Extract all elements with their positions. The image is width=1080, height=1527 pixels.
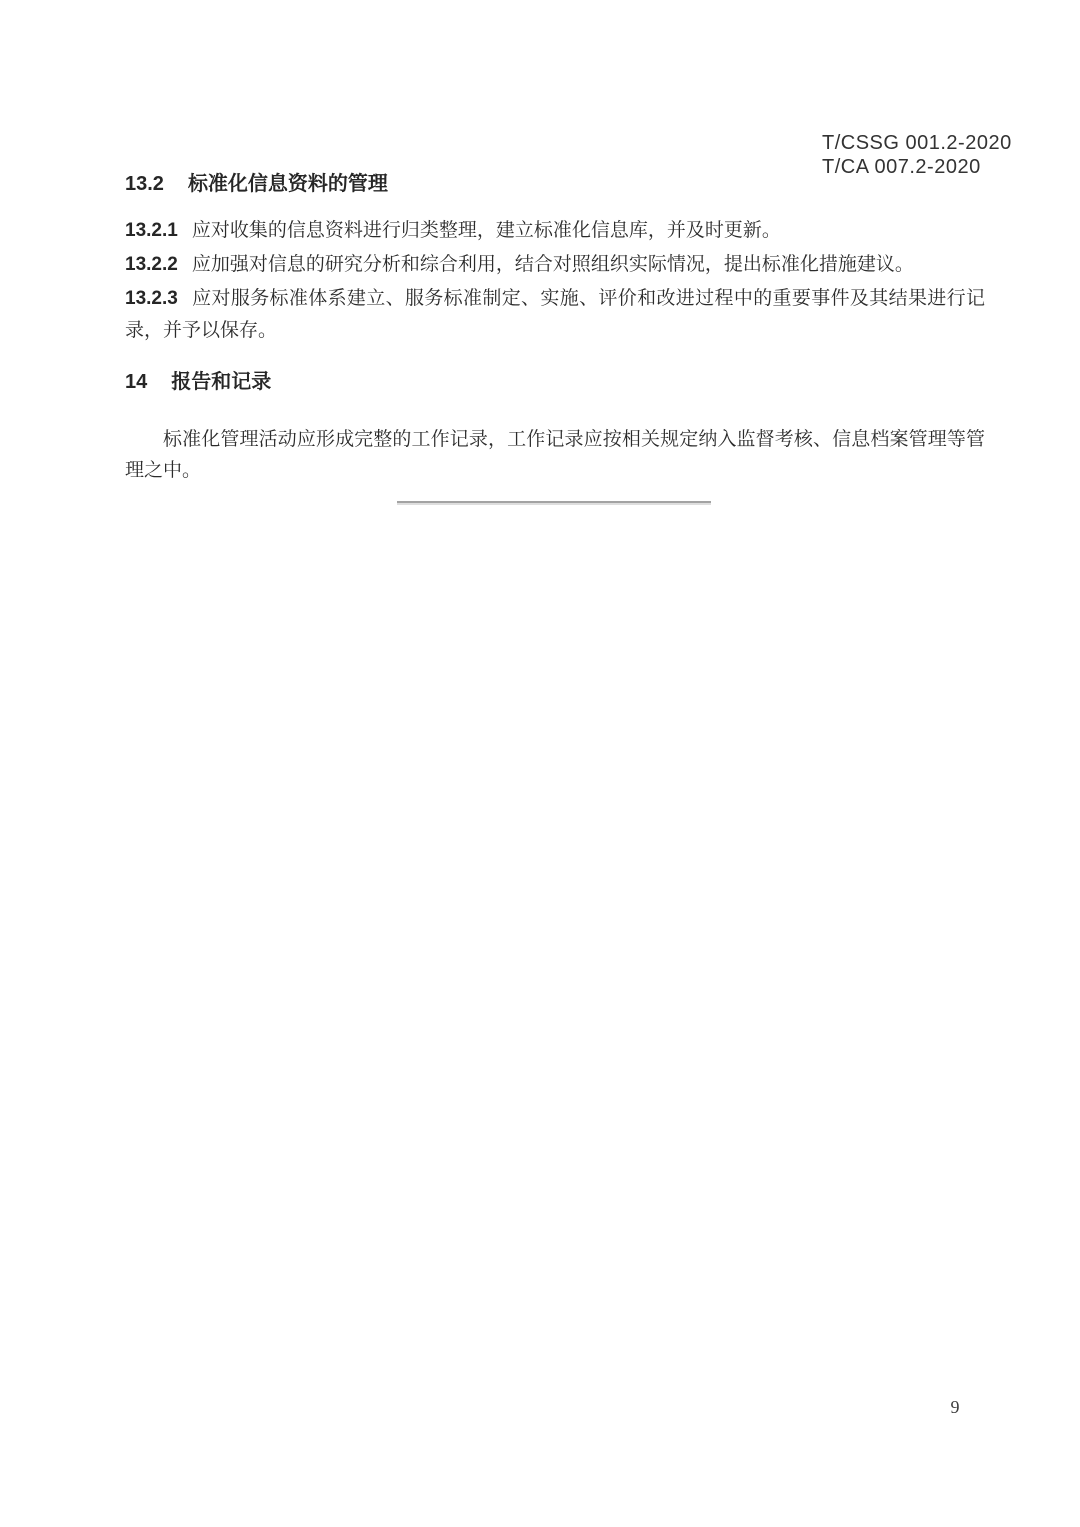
clause-13-2-1-number: 13.2.1 [125,220,178,241]
section-13-2-number: 13.2 [125,173,164,195]
section-14-number: 14 [125,371,147,393]
clause-13-2-2-text: 应加强对信息的研究分析和综合利用，结合对照组织实际情况，提出标准化措施建议。 [192,254,914,275]
section-13-2-title: 标准化信息资料的管理 [188,173,388,195]
clause-13-2-3-text: 应对服务标准体系建立、服务标准制定、实施、评价和改进过程中的重要事件及其结果进行… [125,288,985,341]
section-14-paragraph: 标准化管理活动应形成完整的工作记录，工作记录应按相关规定纳入监督考核、信息档案管… [125,424,985,486]
standard-code-line2: T/CA 007.2-2020 [822,155,1012,179]
section-14-title: 报告和记录 [171,371,271,393]
clause-13-2-1-text: 应对收集的信息资料进行归类整理，建立标准化信息库，并及时更新。 [192,220,781,241]
clause-13-2-2-number: 13.2.2 [125,254,178,275]
standard-code-line1: T/CSSG 001.2-2020 [822,131,1012,155]
document-page: T/CSSG 001.2-2020 T/CA 007.2-2020 13.2标准… [0,0,1080,1527]
section-13-2-heading: 13.2标准化信息资料的管理 [125,173,388,195]
header-standard-codes: T/CSSG 001.2-2020 T/CA 007.2-2020 [822,131,1012,179]
end-of-text-divider [397,501,711,503]
page-number: 9 [935,1396,975,1418]
clause-13-2-2: 13.2.2应加强对信息的研究分析和综合利用，结合对照组织实际情况，提出标准化措… [125,249,985,281]
section-14-heading: 14报告和记录 [125,371,271,393]
clause-13-2-3-number: 13.2.3 [125,288,178,309]
clause-13-2-3: 13.2.3应对服务标准体系建立、服务标准制定、实施、评价和改进过程中的重要事件… [125,283,985,347]
clause-13-2-1: 13.2.1应对收集的信息资料进行归类整理，建立标准化信息库，并及时更新。 [125,215,985,247]
